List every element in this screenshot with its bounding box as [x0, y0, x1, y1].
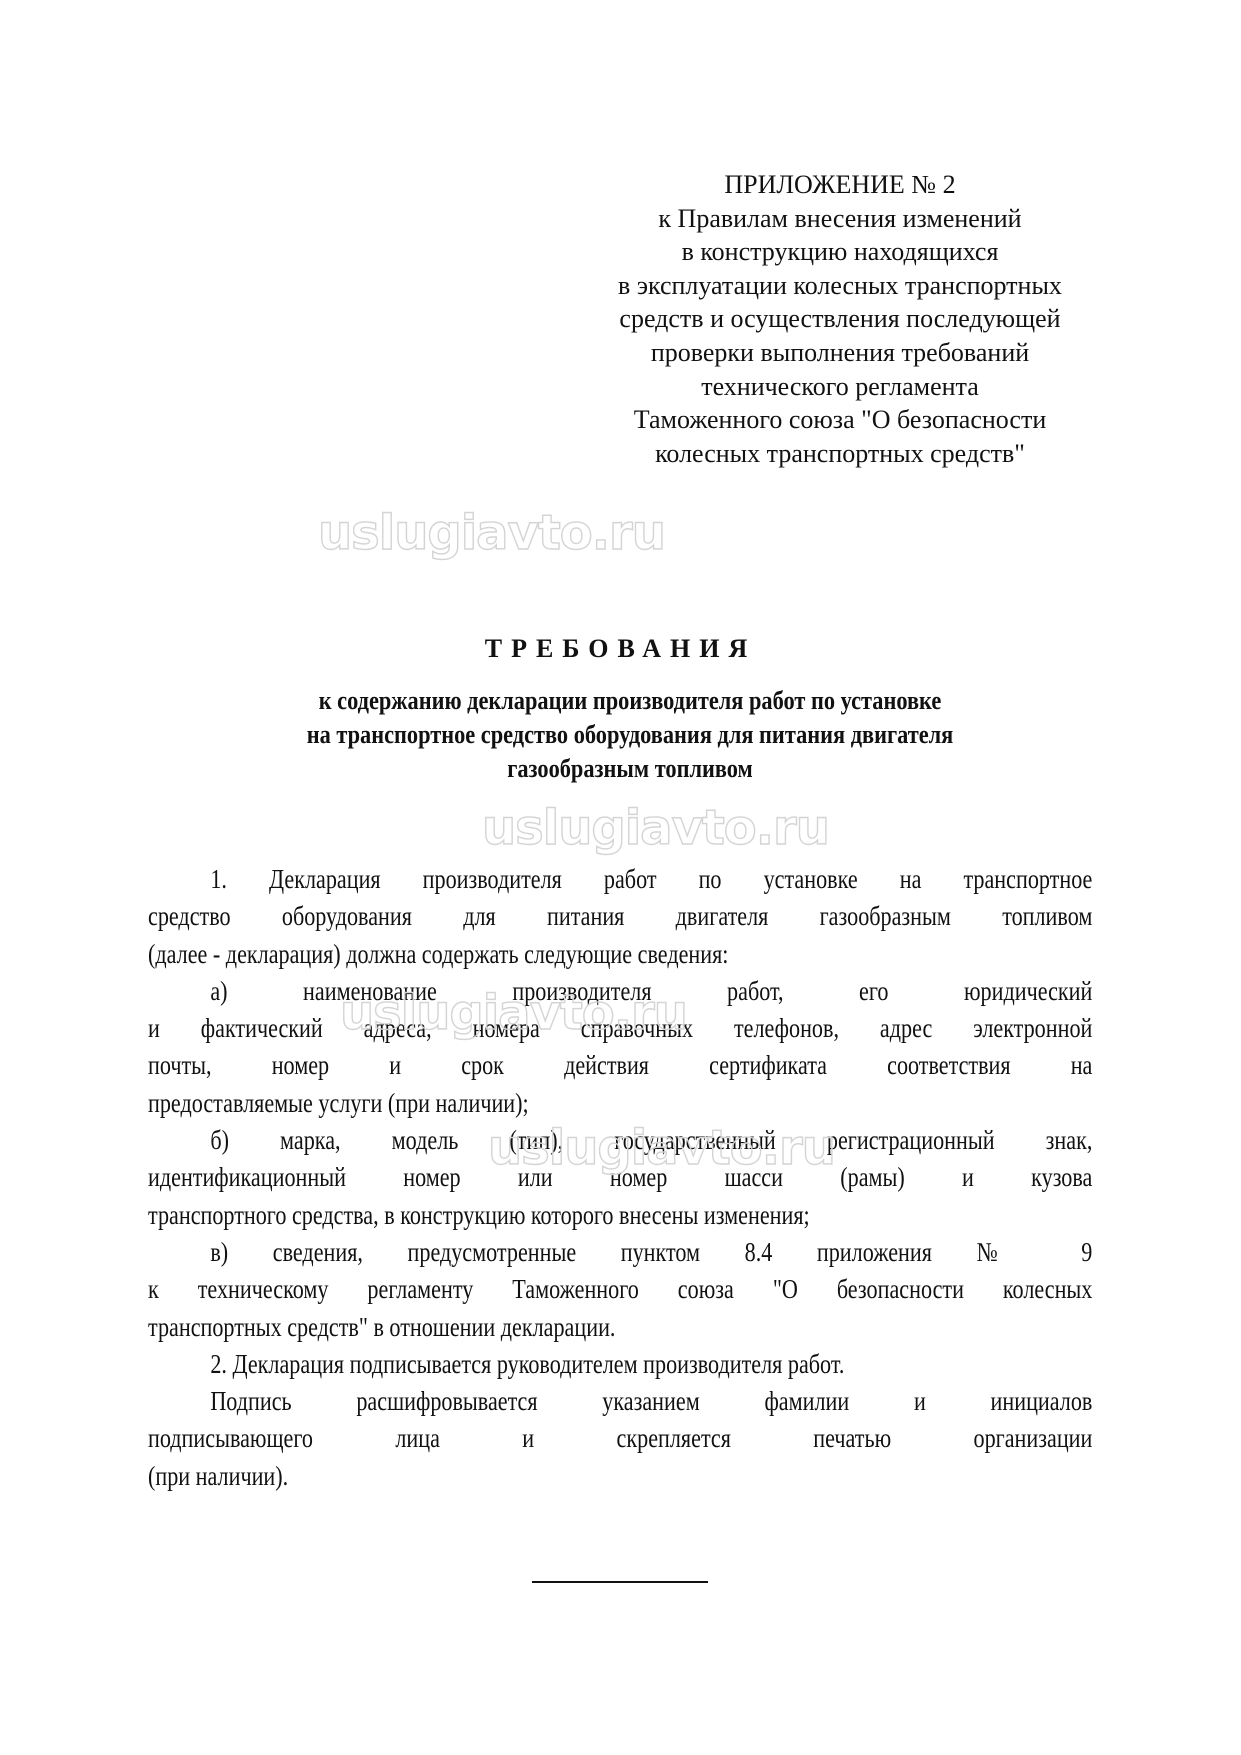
body-line: (при наличии). [148, 1458, 1092, 1495]
appendix-line: колесных транспортных средств" [580, 437, 1100, 471]
body-line: подписывающего лица и скрепляется печать… [148, 1420, 1092, 1457]
body-line: б) марка, модель (тип), государственный … [148, 1122, 1092, 1159]
watermark-text: uslugiavto.ru [318, 505, 665, 561]
document-body: 1. Декларация производителя работ по уст… [148, 861, 1092, 1495]
body-line: средство оборудования для питания двигат… [148, 898, 1092, 935]
body-line: идентификационный номер или номер шасси … [148, 1159, 1092, 1196]
appendix-line: Таможенного союза "О безопасности [580, 403, 1100, 437]
body-line: (далее - декларация) должна содержать сл… [148, 936, 1092, 973]
end-divider [532, 1581, 708, 1583]
appendix-header: ПРИЛОЖЕНИЕ № 2 к Правилам внесения измен… [580, 168, 1100, 470]
appendix-line: в конструкцию находящихся [580, 235, 1100, 269]
body-line: предоставляемые услуги (при наличии); [148, 1085, 1092, 1122]
body-line: транспортного средства, в конструкцию ко… [148, 1197, 1092, 1234]
body-line: 2. Декларация подписывается руководителе… [148, 1346, 1092, 1383]
body-line: транспортных средств" в отношении деклар… [148, 1309, 1092, 1346]
appendix-line: проверки выполнения требований [580, 336, 1100, 370]
subtitle-line: газообразным топливом [252, 752, 1009, 786]
appendix-line: средств и осуществления последующей [580, 302, 1100, 336]
body-line: в) сведения, предусмотренные пунктом 8.4… [148, 1234, 1092, 1271]
body-line: и фактический адреса, номера справочных … [148, 1010, 1092, 1047]
subtitle-line: к содержанию декларации производителя ра… [252, 684, 1009, 718]
body-line: а) наименование производителя работ, его… [148, 973, 1092, 1010]
body-line: 1. Декларация производителя работ по уст… [148, 861, 1092, 898]
appendix-line: в эксплуатации колесных транспортных [580, 269, 1100, 303]
document-title: ТРЕБОВАНИЯ [0, 634, 1241, 664]
appendix-line: ПРИЛОЖЕНИЕ № 2 [580, 168, 1100, 202]
subtitle-line: на транспортное средство оборудования дл… [252, 718, 1009, 752]
appendix-line: к Правилам внесения изменений [580, 202, 1100, 236]
appendix-line: технического регламента [580, 370, 1100, 404]
watermark-text: uslugiavto.ru [482, 800, 829, 856]
body-line: к техническому регламенту Таможенного со… [148, 1271, 1092, 1308]
body-line: Подпись расшифровывается указанием фамил… [148, 1383, 1092, 1420]
body-line: почты, номер и срок действия сертификата… [148, 1047, 1092, 1084]
document-subtitle: к содержанию декларации производителя ра… [252, 684, 1009, 786]
